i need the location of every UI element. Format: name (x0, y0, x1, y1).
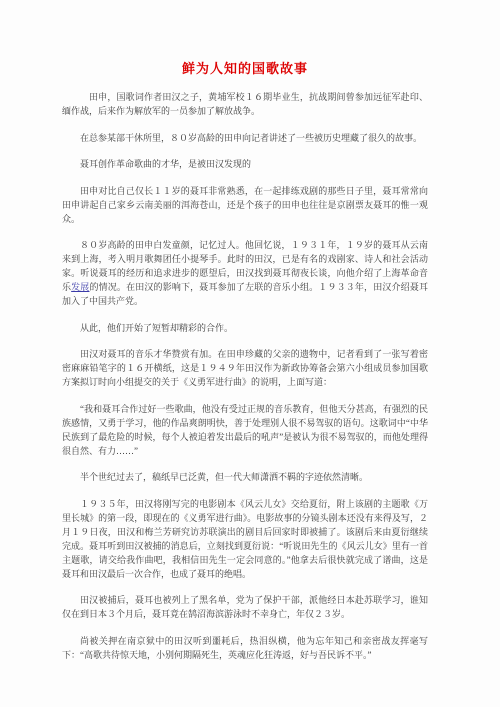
paragraph-familiar: 田申对比自己仅长１１岁的聂耳非常熟悉，在一起排练戏剧的那些日子里，聂耳常常向田申… (62, 184, 428, 226)
paragraph-shanghai: ８０岁高龄的田申白发童颜，记忆过人。他回忆说，１９３１年，１９岁的聂耳从云南来到… (62, 238, 428, 308)
article-title: 鲜为人知的国歌故事 (62, 58, 428, 77)
paragraph-manuscript: 田汉对聂耳的音乐才华赞赏有加。在田申珍藏的父亲的遗物中，记者看到了一张写着密密麻… (62, 347, 428, 389)
section-subheading: 聂耳创作革命歌曲的才华，是被田汉发现的 (62, 157, 428, 171)
paragraph-cooperation: 从此，他们开始了短暂却精彩的合作。 (62, 321, 428, 335)
paragraph-poem: 尚被关押在南京狱中的田汉听到噩耗后，热泪纵横，他为忘年知己和亲密战友挥毫写下：“… (62, 634, 428, 662)
article-page: 鲜为人知的国歌故事 田申，国歌词作者田汉之子，黄埔军校１６期毕业生，抗战期间曾参… (0, 0, 500, 707)
paragraph-shanghai-post: 的情况。在田汉的影响下，聂耳参加了左联的音乐小组。１９３３年，田汉介绍聂耳加入了… (62, 282, 428, 306)
fazhan-link[interactable]: 发展 (71, 282, 89, 292)
paragraph-intro: 田申，国歌词作者田汉之子，黄埔军校１６期毕业生，抗战期间曾参加远征军赴印、缅作战… (62, 90, 428, 118)
paragraph-interview: 在总参某部干休所里，８０岁高龄的田申向记者讲述了一些被历史埋藏了很久的故事。 (62, 131, 428, 145)
paragraph-quote: “我和聂耳合作过好一些歌曲，他没有受过正规的音乐教育，但他天分甚高，有强烈的民族… (62, 402, 428, 458)
paragraph-blacklist: 田汉被捕后，聂耳也被列上了黑名单，党为了保护干部，派他经日本赴苏联学习，谁知仅在… (62, 593, 428, 621)
paragraph-movie: １９３５年，田汉将刚写完的电影剧本《风云儿女》交给夏衍，附上该剧的主题歌《万里长… (62, 497, 428, 581)
paragraph-halfcentury: 半个世纪过去了，稿纸早已泛黄，但一代大师潇洒不羁的字迹依然清晰。 (62, 470, 428, 484)
